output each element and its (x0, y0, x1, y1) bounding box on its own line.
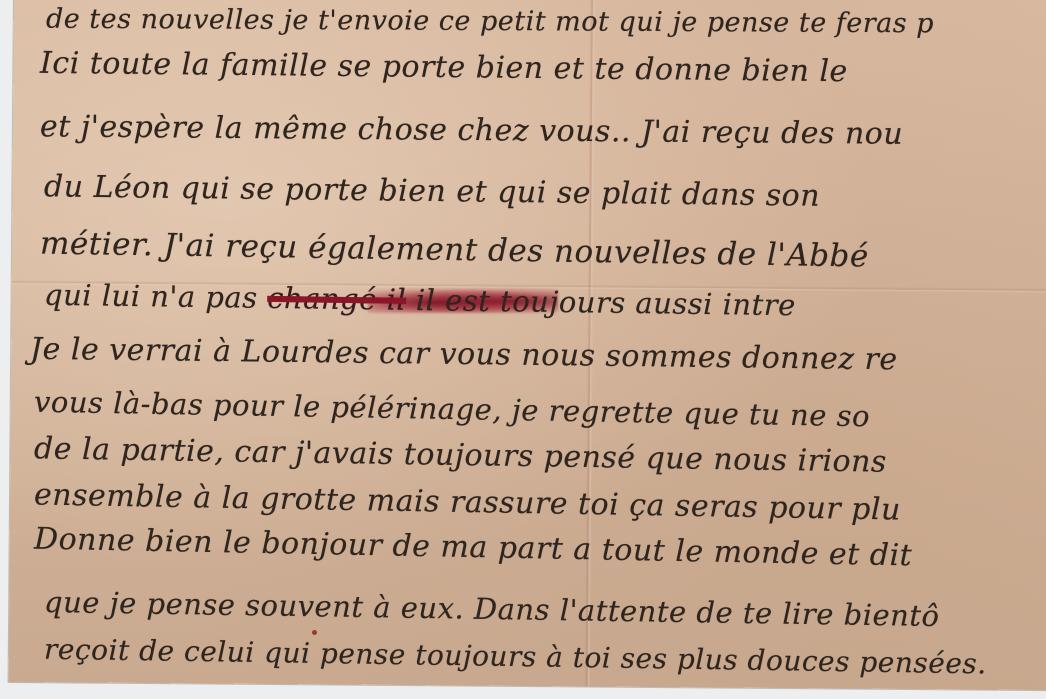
letter-line-10: ensemble à la grotte mais rassure toi ça… (34, 477, 901, 527)
letter-line-5: métier. J'ai reçu également des nouvelle… (40, 225, 869, 274)
letter-line-1: de tes nouvelles je t'envoie ce petit mo… (46, 4, 934, 40)
letter-line-12: que je pense souvent à eux. Dans l'atten… (44, 585, 940, 633)
letter-line-4: du Léon qui se porte bien et qui se plai… (44, 169, 820, 213)
scanned-letter-viewport: de tes nouvelles je t'envoie ce petit mo… (0, 0, 1046, 699)
crossed-out-words: changé il (267, 281, 406, 317)
line-6-before: qui lui n'a pas (44, 278, 268, 315)
letter-line-8: vous là-bas pour le pélérinage, je regre… (34, 385, 871, 434)
handwritten-text: de tes nouvelles je t'envoie ce petit mo… (0, 0, 1046, 699)
letter-line-3: et j'espère la même chose chez vous.. J'… (40, 109, 903, 152)
letter-line-9: de la partie, car j'avais toujours pensé… (34, 431, 887, 479)
letter-line-7: Je le verrai à Lourdes car vous nous som… (30, 332, 898, 378)
line-6-after: il est toujours aussi intre (406, 283, 796, 322)
letter-line-6: qui lui n'a pas changé il il est toujour… (44, 278, 796, 322)
letter-line-2: Ici toute la famille se porte bien et te… (40, 46, 848, 89)
letter-line-13: reçoit de celui qui pense toujours à toi… (44, 633, 987, 681)
letter-line-11: Donne bien le bonjour de ma part a tout … (34, 522, 913, 574)
